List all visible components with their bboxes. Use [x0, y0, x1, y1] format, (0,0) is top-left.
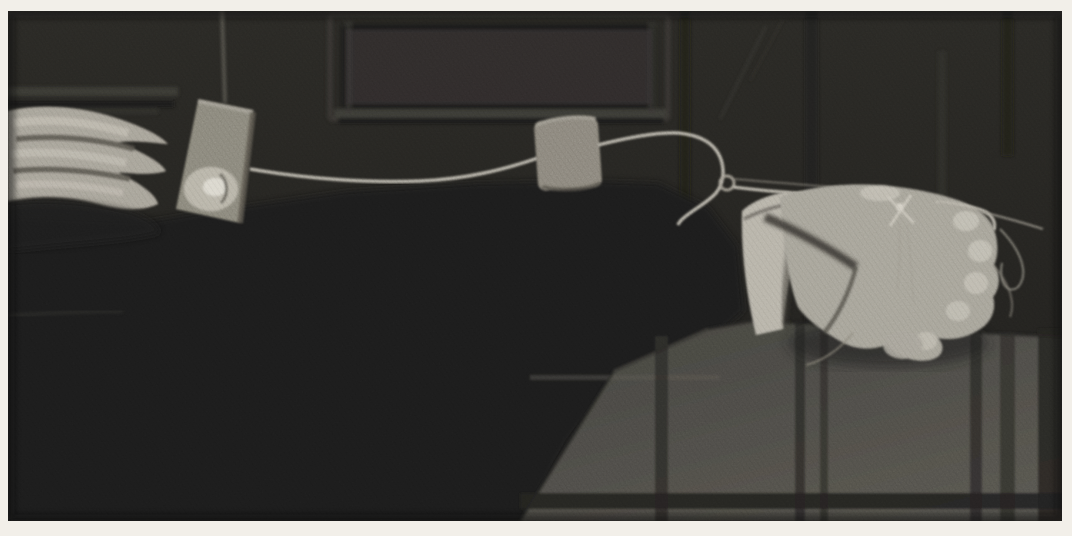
- photo-canvas: [8, 11, 1062, 521]
- halftone-photograph: [8, 11, 1062, 521]
- halftone-screen-overlay: [8, 11, 1062, 521]
